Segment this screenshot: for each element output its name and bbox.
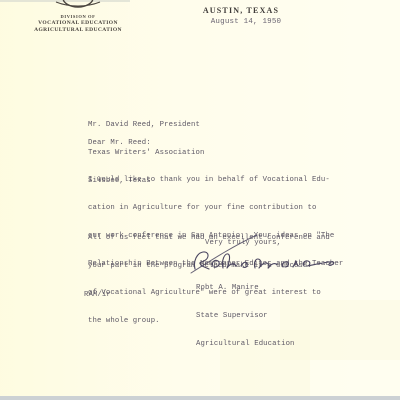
body-line: I would like to thank you in behalf of V… (88, 176, 343, 185)
letterhead-division: DIVISION OF VOCATIONAL EDUCATION AGRICUL… (18, 14, 138, 33)
recipient-line: Mr. David Reed, President (88, 121, 204, 130)
signature-block: Robt A. Manire State Supervisor Agricult… (196, 265, 295, 368)
signer-department: Agricultural Education (196, 340, 295, 349)
typed-name: Robt A. Manire (196, 284, 295, 293)
letter-page: DIVISION OF VOCATIONAL EDUCATION AGRICUL… (0, 0, 400, 400)
valediction: Very truly yours, (205, 239, 281, 248)
letter-date: August 14, 1950 (196, 18, 296, 26)
letterhead-division-line: AGRICULTURAL EDUCATION (18, 27, 138, 34)
body-line: cation in Agriculture for your fine cont… (88, 204, 343, 213)
letterhead-seal-icon (52, 0, 104, 12)
letterhead-city: AUSTIN, TEXAS (186, 6, 296, 15)
salutation: Dear Mr. Reed: (88, 139, 151, 148)
paper-edge-bottom (0, 396, 400, 400)
signer-title: State Supervisor (196, 312, 295, 321)
reference-initials: RAM/ir (84, 291, 111, 300)
